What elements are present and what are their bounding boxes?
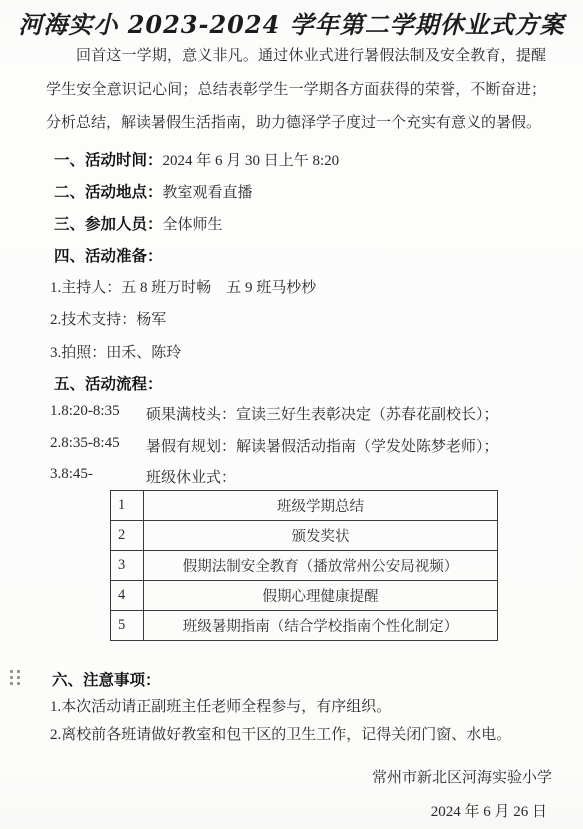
row-number-cell: 2	[111, 521, 144, 551]
paragraph-drag-handle-icon[interactable]	[8, 668, 22, 687]
row-number-cell: 1	[111, 491, 144, 521]
row-content-cell: 班级暑期指南（结合学校指南个性化制定）	[144, 611, 498, 641]
table-row: 5 班级暑期指南（结合学校指南个性化制定）	[111, 611, 498, 641]
notes-heading-line: 六、注意事项：	[52, 668, 161, 690]
note-item-2: 2.离校前各班请做好教室和包干区的卫生工作，记得关闭门窗、水电。	[50, 723, 511, 744]
row-number-cell: 3	[111, 551, 144, 581]
info-line-preparation: 四、活动准备：	[54, 244, 163, 266]
section-heading-participants: 三、参加人员：	[54, 216, 163, 233]
signature-date: 2024 年 6 月 26 日	[431, 800, 547, 821]
table-row: 2 颁发奖状	[111, 521, 498, 551]
section-heading-notes: 六、注意事项：	[52, 672, 161, 689]
section-heading-time: 一、活动时间：	[54, 152, 163, 169]
section-heading-place: 二、活动地点：	[54, 184, 163, 201]
info-line-place: 二、活动地点：教室观看直播	[54, 180, 253, 202]
flow-item-1: 1.8:20-8:35 硕果满枝头：宣读三好生表彰决定（苏春花副校长）；	[50, 403, 499, 424]
flow-time-label-3: 3.8:45-	[50, 466, 146, 487]
document-title: 河海实小 2023-2024 学年第二学期休业式方案	[0, 5, 583, 40]
flow-desc-1: 硕果满枝头：宣读三好生表彰决定（苏春花副校长）；	[146, 403, 499, 424]
info-line-participants: 三、参加人员：全体师生	[54, 212, 223, 234]
table-row: 1 班级学期总结	[111, 491, 498, 521]
section-value-participants: 全体师生	[163, 217, 223, 233]
flow-item-2: 2.8:35-8:45 暑假有规划：解读暑假活动指南（学发处陈梦老师）；	[50, 435, 499, 456]
row-content-cell: 颁发奖状	[144, 521, 498, 551]
flow-item-3: 3.8:45- 班级休业式：	[50, 466, 236, 487]
row-content-cell: 班级学期总结	[144, 491, 498, 521]
note-item-1: 1.本次活动请正副班主任老师全程参与，有序组织。	[50, 695, 391, 716]
info-line-time: 一、活动时间：2024 年 6 月 30 日上午 8:20	[54, 148, 339, 170]
document-page: 河海实小 2023-2024 学年第二学期休业式方案 回首这一学期，意义非凡。通…	[0, 0, 583, 829]
preparation-item-photo: 3.拍照：田禾、陈玲	[50, 341, 181, 362]
class-ceremony-schedule-table: 1 班级学期总结 2 颁发奖状 3 假期法制安全教育（播放常州公安局视频） 4 …	[110, 490, 498, 641]
row-number-cell: 4	[111, 581, 144, 611]
signature-school: 常州市新北区河海实验小学	[372, 766, 552, 787]
preparation-item-hosts: 1.主持人：五 8 班万时畅 五 9 班马杪杪	[50, 276, 316, 297]
section-heading-process: 五、活动流程：	[54, 376, 163, 393]
flow-desc-2: 暑假有规划：解读暑假活动指南（学发处陈梦老师）；	[146, 435, 499, 456]
section-value-place: 教室观看直播	[163, 185, 253, 201]
row-number-cell: 5	[111, 611, 144, 641]
intro-paragraph: 回首这一学期，意义非凡。通过休业式进行暑假法制及安全教育，提醒学生安全意识记心间…	[46, 40, 546, 141]
process-heading-line: 五、活动流程：	[54, 372, 163, 394]
flow-desc-3: 班级休业式：	[146, 466, 236, 487]
preparation-item-tech: 2.技术支持：杨军	[50, 308, 166, 329]
row-content-cell: 假期心理健康提醒	[144, 581, 498, 611]
table-row: 3 假期法制安全教育（播放常州公安局视频）	[111, 551, 498, 581]
section-heading-preparation: 四、活动准备：	[54, 248, 163, 265]
flow-time-label-1: 1.8:20-8:35	[50, 403, 146, 424]
section-value-time: 2024 年 6 月 30 日上午 8:20	[163, 153, 340, 169]
flow-time-label-2: 2.8:35-8:45	[50, 435, 146, 456]
table-row: 4 假期心理健康提醒	[111, 581, 498, 611]
row-content-cell: 假期法制安全教育（播放常州公安局视频）	[144, 551, 498, 581]
